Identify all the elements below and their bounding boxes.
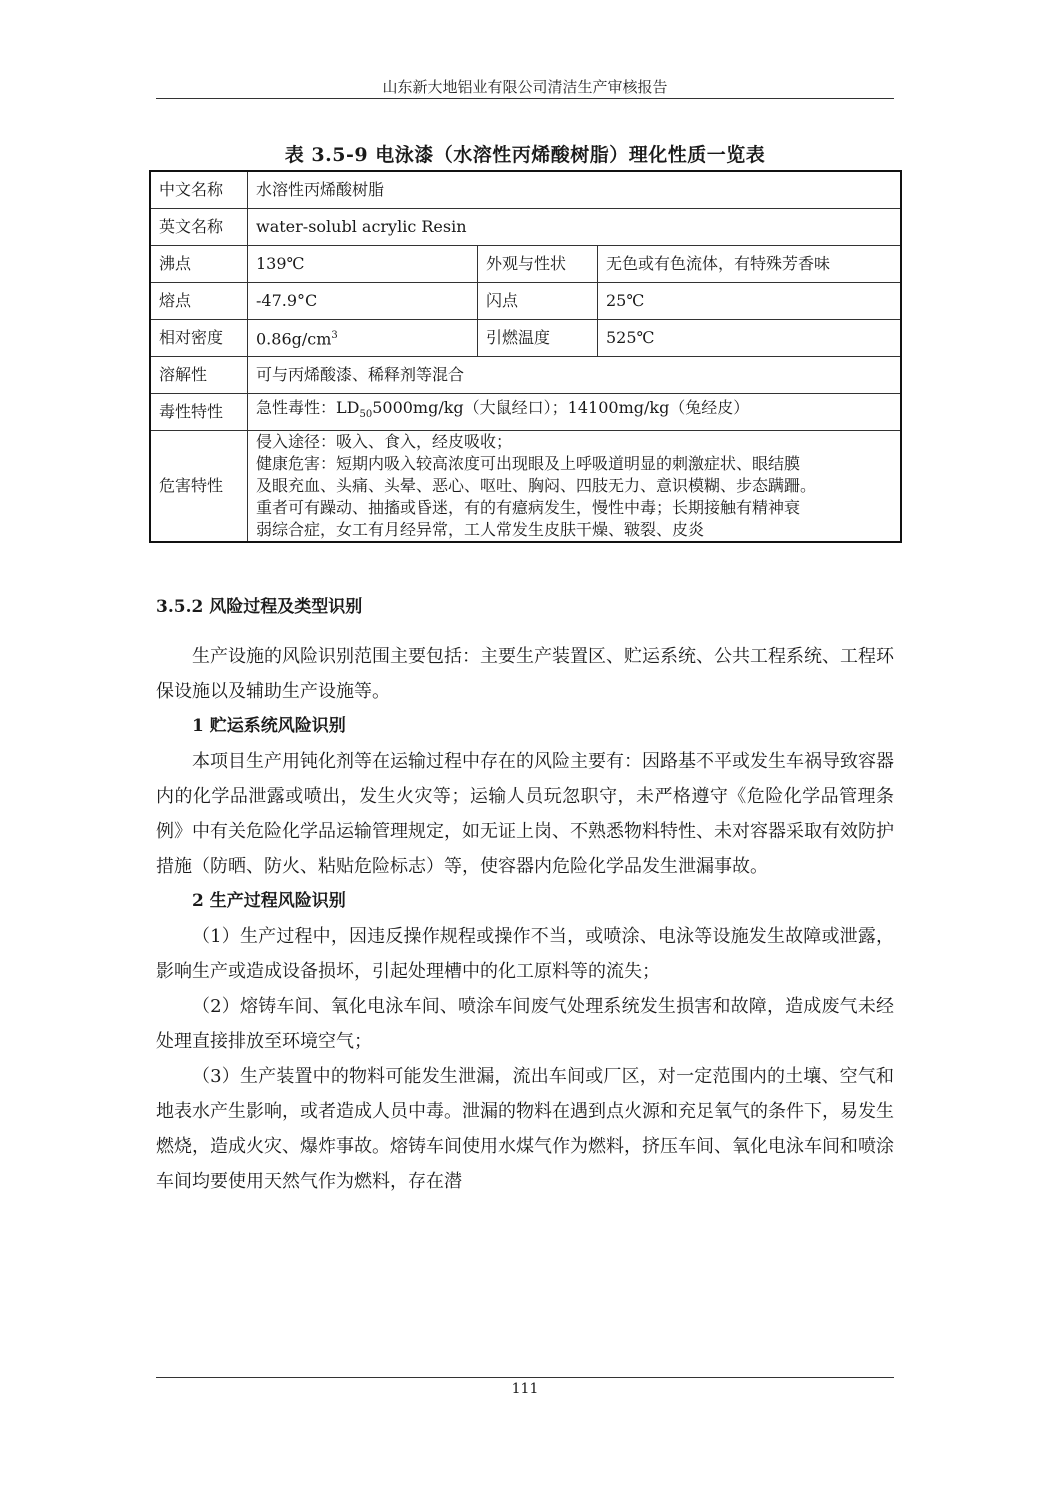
table-row: 溶解性 可与丙烯酸漆、稀释剂等混合 bbox=[150, 357, 901, 394]
row-label: 相对密度 bbox=[150, 320, 248, 357]
hazard-line: 重者可有躁动、抽搐或昏迷，有的有癔病发生，慢性中毒；长期接触有精神衰 bbox=[256, 497, 892, 519]
toxicity-prefix: 急性毒性：LD bbox=[256, 398, 359, 417]
table-row: 英文名称 water-solubl acrylic Resin bbox=[150, 209, 901, 246]
hazard-line: 健康危害：短期内吸入较高浓度可出现眼及上呼吸道明显的刺激症状、眼结膜 bbox=[256, 453, 892, 475]
row-value-2: 无色或有色流体，有特殊芳香味 bbox=[598, 246, 902, 283]
table-row: 危害特性 侵入途径：吸入、食入，经皮吸收； 健康危害：短期内吸入较高浓度可出现眼… bbox=[150, 431, 901, 543]
row-label: 中文名称 bbox=[150, 171, 248, 209]
production-risk-item: （1）生产过程中，因违反操作规程或操作不当，或喷涂、电泳等设施发生故障或泄露，影… bbox=[156, 919, 894, 989]
row-label: 危害特性 bbox=[150, 431, 248, 543]
density-exponent: 3 bbox=[331, 330, 337, 341]
header-divider bbox=[156, 98, 894, 99]
hazard-line: 及眼充血、头痛、头晕、恶心、呕吐、胸闷、四肢无力、意识模糊、步态蹒跚。 bbox=[256, 475, 892, 497]
page-number: 111 bbox=[156, 1381, 894, 1397]
storage-risk-paragraph: 本项目生产用钝化剂等在运输过程中存在的风险主要有：因路基不平或发生车祸导致容器内… bbox=[156, 744, 894, 884]
hazard-details: 侵入途径：吸入、食入，经皮吸收； 健康危害：短期内吸入较高浓度可出现眼及上呼吸道… bbox=[248, 431, 902, 543]
row-label: 熔点 bbox=[150, 283, 248, 320]
row-label: 沸点 bbox=[150, 246, 248, 283]
toxicity-suffix: 5000mg/kg（大鼠经口）；14100mg/kg（兔经皮） bbox=[372, 398, 749, 417]
row-label: 溶解性 bbox=[150, 357, 248, 394]
hazard-line: 侵入途径：吸入、食入，经皮吸收； bbox=[256, 431, 892, 453]
row-value: water-solubl acrylic Resin bbox=[248, 209, 902, 246]
subsection-heading-storage: 1 贮运系统风险识别 bbox=[156, 709, 894, 744]
table-row: 中文名称 水溶性丙烯酸树脂 bbox=[150, 171, 901, 209]
subsection-heading-production: 2 生产过程风险识别 bbox=[156, 884, 894, 919]
intro-paragraph: 生产设施的风险识别范围主要包括：主要生产装置区、贮运系统、公共工程系统、工程环保… bbox=[156, 639, 894, 709]
row-label-2: 闪点 bbox=[478, 283, 598, 320]
properties-table: 中文名称 水溶性丙烯酸树脂 英文名称 water-solubl acrylic … bbox=[149, 170, 902, 543]
table-row: 沸点 139℃ 外观与性状 无色或有色流体，有特殊芳香味 bbox=[150, 246, 901, 283]
density-value: 0.86g/cm bbox=[256, 330, 331, 349]
row-value: 可与丙烯酸漆、稀释剂等混合 bbox=[248, 357, 902, 394]
row-value: -47.9°C bbox=[248, 283, 478, 320]
row-value-2: 525℃ bbox=[598, 320, 902, 357]
row-label-2: 外观与性状 bbox=[478, 246, 598, 283]
row-value: 水溶性丙烯酸树脂 bbox=[248, 171, 902, 209]
row-label: 英文名称 bbox=[150, 209, 248, 246]
section-heading: 3.5.2 风险过程及类型识别 bbox=[156, 592, 362, 617]
row-value: 急性毒性：LD505000mg/kg（大鼠经口）；14100mg/kg（兔经皮） bbox=[248, 394, 902, 431]
table-row: 熔点 -47.9°C 闪点 25℃ bbox=[150, 283, 901, 320]
page-header-title: 山东新大地铝业有限公司清洁生产审核报告 bbox=[156, 76, 894, 97]
row-value: 0.86g/cm3 bbox=[248, 320, 478, 357]
production-risk-item: （3）生产装置中的物料可能发生泄漏，流出车间或厂区，对一定范围内的土壤、空气和地… bbox=[156, 1059, 894, 1199]
production-risk-item: （2）熔铸车间、氧化电泳车间、喷涂车间废气处理系统发生损害和故障，造成废气未经处… bbox=[156, 989, 894, 1059]
row-value: 139℃ bbox=[248, 246, 478, 283]
row-label: 毒性特性 bbox=[150, 394, 248, 431]
footer-divider bbox=[156, 1377, 894, 1378]
row-value-2: 25℃ bbox=[598, 283, 902, 320]
row-label-2: 引燃温度 bbox=[478, 320, 598, 357]
table-row: 相对密度 0.86g/cm3 引燃温度 525℃ bbox=[150, 320, 901, 357]
table-row: 毒性特性 急性毒性：LD505000mg/kg（大鼠经口）；14100mg/kg… bbox=[150, 394, 901, 431]
table-caption: 表 3.5-9 电泳漆（水溶性丙烯酸树脂）理化性质一览表 bbox=[149, 140, 901, 167]
section-body: 生产设施的风险识别范围主要包括：主要生产装置区、贮运系统、公共工程系统、工程环保… bbox=[156, 639, 894, 1199]
hazard-line: 弱综合症，女工有月经异常，工人常发生皮肤干燥、皲裂、皮炎 bbox=[256, 519, 892, 541]
toxicity-subscript: 50 bbox=[359, 410, 372, 421]
